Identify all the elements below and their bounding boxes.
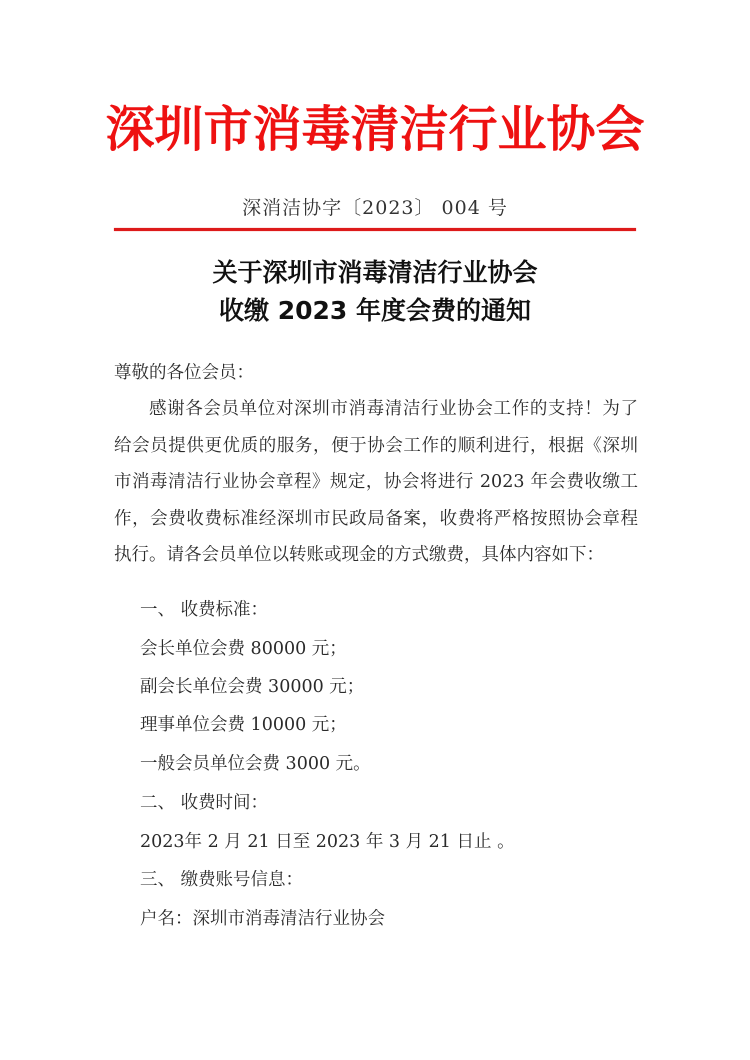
account-name: 户名：深圳市消毒清洁行业协会: [140, 906, 385, 932]
fee-item-president: 会长单位会费 80000 元；: [140, 636, 347, 662]
fee-item-director: 理事单位会费 10000 元；: [140, 712, 347, 738]
section-heading-fee-period: 二、 收费时间：: [140, 790, 268, 816]
notice-title-line-1: 关于深圳市消毒清洁行业协会: [0, 254, 750, 292]
salutation: 尊敬的各位会员：: [114, 360, 254, 386]
letterhead-divider: [114, 228, 636, 231]
document-number: 深消洁协字〔2023〕 004 号: [0, 194, 750, 222]
fee-period-dates: 2023年 2 月 21 日至 2023 年 3 月 21 日止 。: [140, 829, 515, 855]
notice-title-line-2: 收缴 2023 年度会费的通知: [0, 292, 750, 330]
fee-item-general-member: 一般会员单位会费 3000 元。: [140, 751, 371, 777]
intro-paragraph: 感谢各会员单位对深圳市消毒清洁行业协会工作的支持！为了给会员提供更优质的服务，便…: [114, 391, 638, 574]
section-heading-account-info: 三、 缴费账号信息：: [140, 867, 303, 893]
organization-letterhead: 深圳市消毒清洁行业协会: [0, 98, 750, 162]
notice-title: 关于深圳市消毒清洁行业协会 收缴 2023 年度会费的通知: [0, 254, 750, 330]
document-page: 深圳市消毒清洁行业协会 深消洁协字〔2023〕 004 号 关于深圳市消毒清洁行…: [0, 0, 750, 1060]
fee-item-vice-president: 副会长单位会费 30000 元；: [140, 674, 364, 700]
section-heading-fee-standard: 一、 收费标准：: [140, 597, 268, 623]
